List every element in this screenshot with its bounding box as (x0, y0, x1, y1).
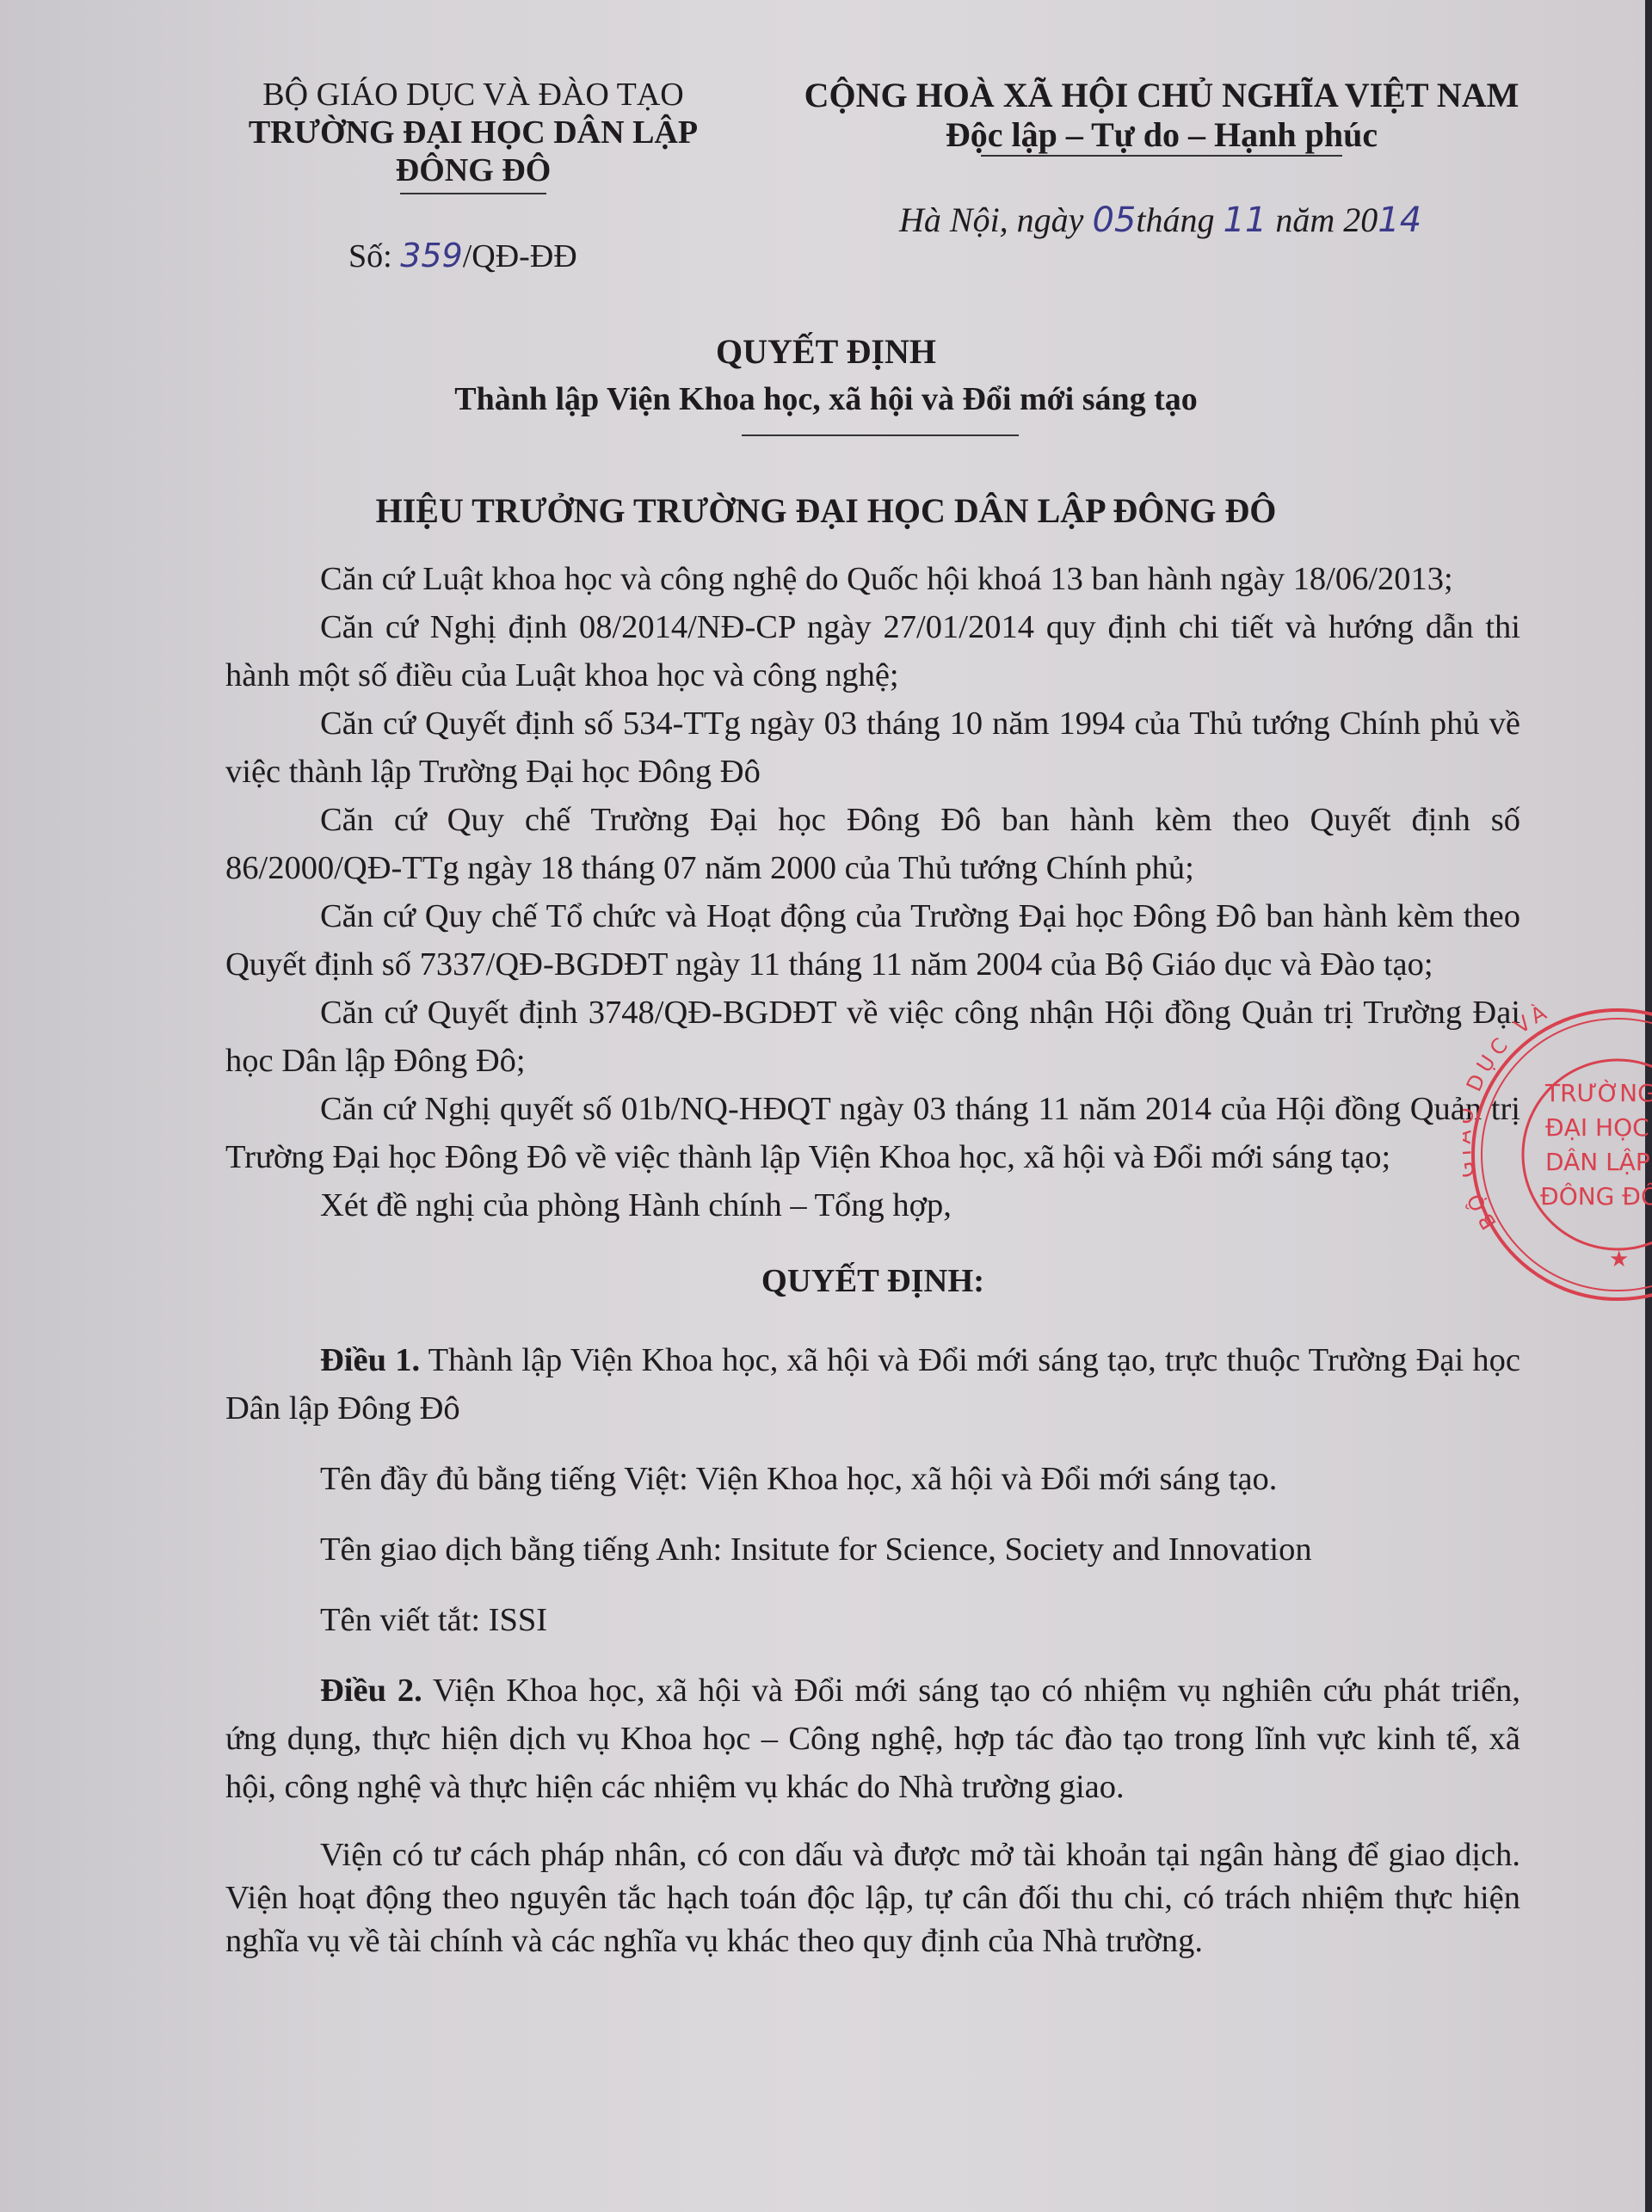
handwritten-month: 11 (1223, 200, 1267, 240)
full-name-vi: Tên đầy đủ bằng tiếng Việt: Viện Khoa họ… (225, 1455, 1520, 1503)
svg-text:ĐÔNG ĐÔ: ĐÔNG ĐÔ (1540, 1181, 1652, 1211)
school-name-line1: TRƯỜNG ĐẠI HỌC DÂN LẬP (215, 114, 731, 151)
ministry-name: BỘ GIÁO DỤC VÀ ĐÀO TẠO (215, 76, 731, 114)
country-name: CỘNG HOÀ XÃ HỘI CHỦ NGHĨA VIỆT NAM (774, 76, 1549, 115)
official-red-stamp: BỘ GIÁO DỤC VÀ TRƯỜNG ĐẠI HỌC DÂN LẬP ĐÔ… (1463, 1000, 1652, 1309)
national-header: CỘNG HOÀ XÃ HỘI CHỦ NGHĨA VIỆT NAM Độc l… (774, 76, 1549, 157)
legal-basis-7: Căn cứ Nghị quyết số 01b/NQ-HĐQT ngày 03… (225, 1085, 1520, 1181)
decision-heading: QUYẾT ĐỊNH: (225, 1257, 1520, 1305)
handwritten-year: 14 (1378, 200, 1421, 240)
handwritten-day: 05 (1092, 200, 1136, 240)
article-1: Điều 1. Thành lập Viện Khoa học, xã hội … (225, 1336, 1520, 1433)
document-number: Số: 359/QĐ-ĐĐ (348, 237, 577, 275)
legal-basis-2: Căn cứ Nghị định 08/2014/NĐ-CP ngày 27/0… (225, 603, 1520, 699)
legal-basis-6: Căn cứ Quyết định 3748/QĐ-BGDĐT về việc … (225, 989, 1520, 1085)
issuing-authority: HIỆU TRƯỞNG TRƯỜNG ĐẠI HỌC DÂN LẬP ĐÔNG … (0, 490, 1652, 531)
article-2: Điều 2. Viện Khoa học, xã hội và Đổi mới… (225, 1667, 1520, 1811)
document-title: QUYẾT ĐỊNH (0, 331, 1652, 372)
star-icon: ★ (1609, 1247, 1629, 1272)
svg-text:TRƯỜNG: TRƯỜNG (1544, 1078, 1652, 1107)
school-name-line2: ĐÔNG ĐÔ (215, 151, 731, 189)
legal-basis-5: Căn cứ Quy chế Tổ chức và Hoạt động của … (225, 892, 1520, 989)
svg-text:ĐẠI HỌC: ĐẠI HỌC (1545, 1113, 1649, 1142)
handwritten-number: 359 (400, 237, 463, 274)
article-1-label: Điều 1. (320, 1342, 420, 1378)
legal-basis-4: Căn cứ Quy chế Trường Đại học Đông Đô ba… (225, 796, 1520, 892)
header-divider (400, 193, 546, 194)
motto-underline (981, 155, 1342, 157)
issuer-header: BỘ GIÁO DỤC VÀ ĐÀO TẠO TRƯỜNG ĐẠI HỌC DÂ… (215, 76, 731, 194)
issue-date: Hà Nội, ngày 05tháng 11 năm 2014 (899, 200, 1421, 240)
document-subject: Thành lập Viện Khoa học, xã hội và Đổi m… (0, 380, 1652, 418)
abbreviation: Tên viết tắt: ISSI (225, 1596, 1520, 1644)
svg-text:DÂN LẬP: DÂN LẬP (1545, 1147, 1650, 1176)
document-body: Căn cứ Luật khoa học và công nghệ do Quố… (225, 555, 1520, 1962)
name-en: Tên giao dịch bằng tiếng Anh: Insitute f… (225, 1525, 1520, 1574)
legal-basis-3: Căn cứ Quyết định số 534-TTg ngày 03 thá… (225, 699, 1520, 796)
title-divider (742, 434, 1019, 436)
article-2-para-2: Viện có tư cách pháp nhân, có con dấu và… (225, 1833, 1520, 1962)
national-motto: Độc lập – Tự do – Hạnh phúc (774, 115, 1549, 155)
legal-basis-1: Căn cứ Luật khoa học và công nghệ do Quố… (225, 555, 1520, 603)
article-2-label: Điều 2. (320, 1673, 422, 1709)
proposal-note: Xét đề nghị của phòng Hành chính – Tổng … (225, 1181, 1520, 1229)
